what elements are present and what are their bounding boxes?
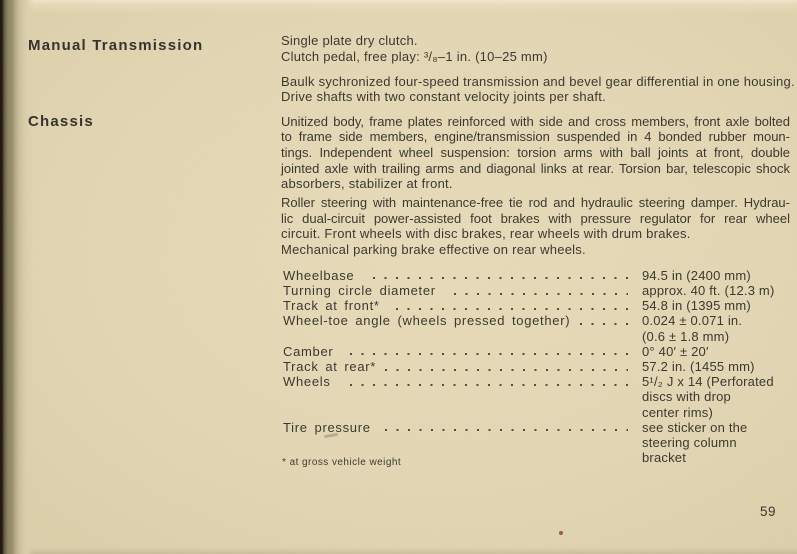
text-line: circuit. Front wheels with disc brakes, … — [281, 226, 790, 242]
spec-value: 94.5 in (2400 mm) — [642, 268, 751, 283]
spec-value: 5¹/₂ J x 14 (Perforateddiscs with dropce… — [642, 374, 774, 420]
spec-value-line: discs with drop — [642, 389, 774, 404]
text-line: Clutch pedal, free play: ³/₈–1 in. (10–2… — [281, 49, 790, 65]
spec-paragraph: Unitized body, frame plates reinforced w… — [281, 114, 790, 192]
spec-paragraph: Baulk sychronized four-speed transmissio… — [281, 74, 790, 105]
spec-value-line: 57.2 in. (1455 mm) — [642, 359, 755, 374]
dot-leader — [396, 308, 628, 310]
spec-label: Camber — [283, 344, 333, 359]
spec-table: Wheelbase94.5 in (2400 mm)Turning circle… — [281, 268, 790, 466]
spec-value: 0° 40′ ± 20′ — [642, 344, 709, 359]
text-line: Unitized body, frame plates reinforced w… — [281, 114, 790, 130]
text-line: tings. Independent wheel suspension: tor… — [281, 145, 790, 161]
spec-label: Turning circle diameter — [283, 283, 436, 298]
spec-value-line: see sticker on the — [642, 420, 748, 435]
spec-value-line: 94.5 in (2400 mm) — [642, 268, 751, 283]
dot-leader — [580, 323, 628, 325]
specifications-column: Single plate dry clutch.Clutch pedal, fr… — [281, 33, 790, 465]
spec-label: Wheel-toe angle (wheels pressed together… — [283, 313, 570, 328]
spec-label: Tire pressure — [283, 420, 371, 435]
text-line: Drive shafts with two constant velocity … — [281, 89, 790, 105]
spec-value: see sticker on thesteering columnbracket — [642, 420, 748, 466]
spec-label: Track at front* — [283, 298, 380, 313]
ink-speck — [559, 531, 563, 535]
page-number: 59 — [760, 504, 776, 519]
text-line: absorbers, stabilizer at front. — [281, 176, 790, 192]
dot-leader — [385, 429, 629, 431]
dot-leader — [454, 293, 629, 295]
dot-leader — [350, 353, 628, 355]
dot-leader — [373, 277, 628, 279]
spec-paragraph: Roller steering with maintenance-free ti… — [281, 195, 790, 257]
spec-value-line: steering column — [642, 435, 748, 450]
text-line: Mechanical parking brake effective on re… — [281, 242, 790, 258]
spec-label: Wheelbase — [283, 268, 354, 283]
section-heading-manual-transmission: Manual Transmission — [28, 37, 203, 54]
spec-row: Camber0° 40′ ± 20′ — [281, 344, 790, 359]
spec-value-line: 54.8 in (1395 mm) — [642, 298, 751, 313]
section-heading-chassis: Chassis — [28, 113, 94, 130]
text-line: Roller steering with maintenance-free ti… — [281, 195, 790, 211]
spec-row: Turning circle diameterapprox. 40 ft. (1… — [281, 283, 790, 298]
text-line: to frame side members, engine/transmissi… — [281, 129, 790, 145]
spec-label: Track at rear* — [283, 359, 376, 374]
spec-paragraph: Single plate dry clutch.Clutch pedal, fr… — [281, 33, 790, 64]
manual-page: Manual Transmission Chassis Single plate… — [0, 0, 797, 554]
spec-row: Wheel-toe angle (wheels pressed together… — [281, 313, 790, 343]
text-line: jointed axle with trailing arms and diag… — [281, 161, 790, 177]
spec-label: Wheels — [283, 374, 331, 389]
spec-value-line: 0° 40′ ± 20′ — [642, 344, 709, 359]
text-line: Baulk sychronized four-speed transmissio… — [281, 74, 790, 90]
text-line: Single plate dry clutch. — [281, 33, 790, 49]
dot-leader — [385, 369, 629, 371]
spec-row: Track at front*54.8 in (1395 mm) — [281, 298, 790, 313]
spec-value: approx. 40 ft. (12.3 m) — [642, 283, 775, 298]
spec-row: Track at rear*57.2 in. (1455 mm) — [281, 359, 790, 374]
spec-value: 54.8 in (1395 mm) — [642, 298, 751, 313]
spec-value-line: bracket — [642, 450, 748, 465]
spec-value-line: 0.024 ± 0.071 in. — [642, 313, 742, 328]
text-line: lic dual-circuit power-assisted foot bra… — [281, 211, 790, 227]
dot-leader — [350, 384, 628, 386]
table-footnote: * at gross vehicle weight — [282, 457, 401, 468]
spec-value: 0.024 ± 0.071 in.(0.6 ± 1.8 mm) — [642, 313, 742, 343]
spec-value-line: (0.6 ± 1.8 mm) — [642, 329, 742, 344]
spec-row: Wheelbase94.5 in (2400 mm) — [281, 268, 790, 283]
spec-row: Wheels5¹/₂ J x 14 (Perforateddiscs with … — [281, 374, 790, 420]
spec-value-line: 5¹/₂ J x 14 (Perforated — [642, 374, 774, 389]
spec-value: 57.2 in. (1455 mm) — [642, 359, 755, 374]
spec-value-line: center rims) — [642, 405, 774, 420]
spec-value-line: approx. 40 ft. (12.3 m) — [642, 283, 775, 298]
